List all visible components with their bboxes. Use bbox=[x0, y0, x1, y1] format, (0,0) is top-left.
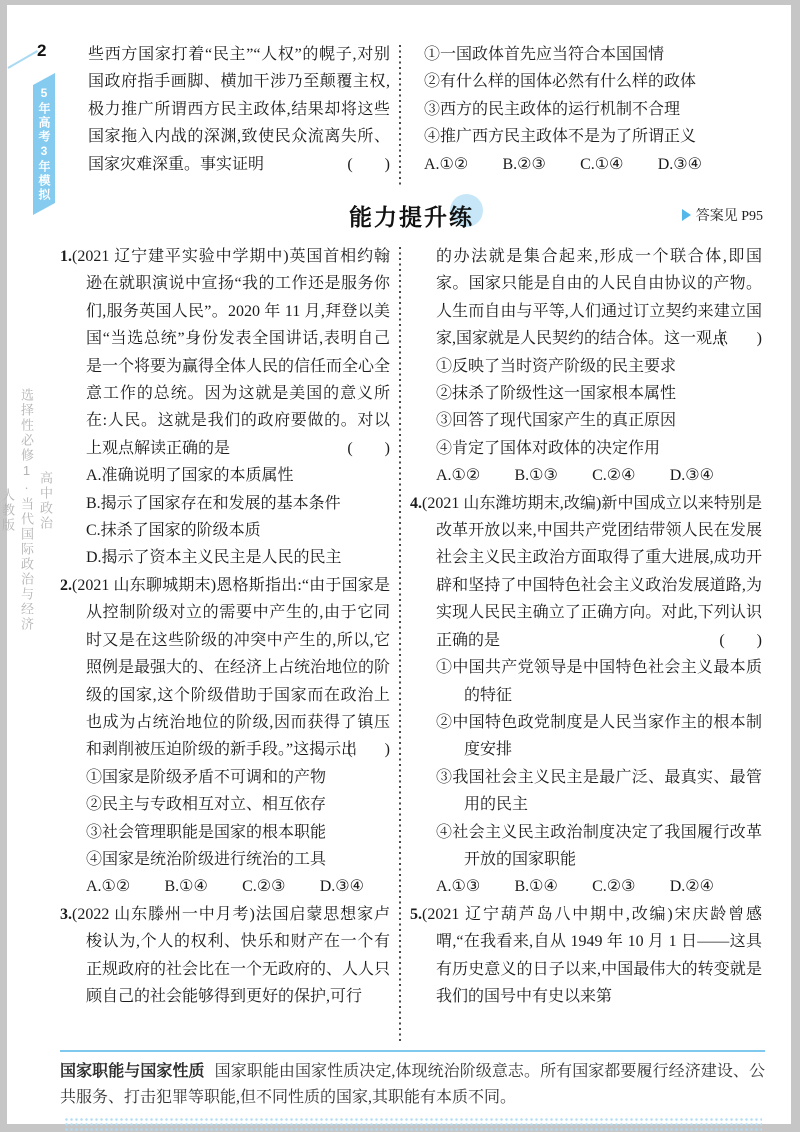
footer-term-label: 国家职能与国家性质 bbox=[60, 1063, 205, 1080]
questions-right-column: 的办法就是集合起来,形成一个联合体,即国家。国家只能是自由的人民自由协议的产物。… bbox=[410, 243, 762, 1049]
item-option: ④肯定了国体对政体的决定作用 bbox=[436, 435, 762, 462]
question-number: 3. bbox=[60, 906, 72, 923]
item-option: ④社会主义民主政治制度决定了我国履行改革开放的国家职能 bbox=[436, 819, 762, 874]
question-4: 4.(2021 山东潍坊期末,改编)新中国成立以来特别是改革开放以来,中国共产党… bbox=[410, 490, 762, 901]
questions-left-column: 1.(2021 辽宁建平实验中学期中)英国首相约翰逊在就职演说中宣扬“我的工作还… bbox=[60, 243, 390, 1049]
sidebar-edition-label: 人教版 bbox=[0, 488, 17, 533]
question-stem: 2.(2021 山东聊城期末)恩格斯指出:“由于国家是从控制阶级对立的需要中产生… bbox=[86, 572, 390, 764]
item-option: ②有什么样的国体必然有什么样的政体 bbox=[424, 68, 762, 95]
answer-option: A.①② bbox=[86, 873, 130, 900]
question-text: 的办法就是集合起来,形成一个联合体,即国家。国家只能是自由的人民自由协议的产物。… bbox=[436, 248, 762, 347]
question-stem: 3.(2022 山东滕州一中月考)法国启蒙思想家卢梭认为,个人的权利、快乐和财产… bbox=[86, 901, 390, 1011]
answer-bracket: ( ) bbox=[373, 736, 390, 763]
carryover-left-column: 些西方国家打着“民主”“人权”的幌子,对别国政府指手画脚、横加干涉乃至颠覆主权,… bbox=[60, 41, 390, 178]
question-3-continuation: 的办法就是集合起来,形成一个联合体,即国家。国家只能是自由的人民自由协议的产物。… bbox=[410, 243, 762, 490]
column-divider-main bbox=[399, 247, 401, 1043]
item-option: ②抹杀了阶级性这一国家根本属性 bbox=[436, 380, 762, 407]
dotted-separator-band bbox=[64, 1117, 762, 1132]
question-2: 2.(2021 山东聊城期末)恩格斯指出:“由于国家是从控制阶级对立的需要中产生… bbox=[60, 572, 390, 901]
section-title-text: 能力提升练 bbox=[349, 204, 474, 230]
carryover-right-column: ①一国政体首先应当符合本国国情 ②有什么样的国体必然有什么样的政体 ③西方的民主… bbox=[410, 41, 762, 178]
question-number: 5. bbox=[410, 906, 422, 923]
question-3: 3.(2022 山东滕州一中月考)法国启蒙思想家卢梭认为,个人的权利、快乐和财产… bbox=[60, 901, 390, 1011]
answers-row: A.①② B.①③ C.②④ D.③④ bbox=[436, 462, 714, 489]
choice-c: C.抹杀了国家的阶级本质 bbox=[86, 517, 390, 544]
question-text: (2021 山东潍坊期末,改编)新中国成立以来特别是改革开放以来,中国共产党团结… bbox=[422, 495, 762, 649]
item-option: ④推广西方民主政体不是为了所谓正义 bbox=[424, 123, 762, 150]
sidebar-meta: 高中政治 选择性必修1·当代国际政治与经济 人教版 bbox=[33, 221, 55, 781]
question-stem-continuation: 的办法就是集合起来,形成一个联合体,即国家。国家只能是自由的人民自由协议的产物。… bbox=[436, 243, 762, 353]
answer-option: C.①④ bbox=[580, 151, 623, 178]
carryover-stem: 些西方国家打着“民主”“人权”的幌子,对别国政府指手画脚、横加干涉乃至颠覆主权,… bbox=[88, 41, 390, 178]
answers-row: A.①② B.①④ C.②③ D.③④ bbox=[86, 873, 364, 900]
question-text: (2021 辽宁葫芦岛八中期中,改编)宋庆龄曾感喟,“在我看来,自从 1949 … bbox=[422, 906, 762, 1005]
book-page: 2 5年高考3年模拟 高中政治 选择性必修1·当代国际政治与经济 人教版 些西方… bbox=[7, 5, 791, 1124]
answer-option: D.②④ bbox=[670, 873, 714, 900]
question-text: (2021 山东聊城期末)恩格斯指出:“由于国家是从控制阶级对立的需要中产生的,… bbox=[72, 577, 390, 758]
question-stem: 1.(2021 辽宁建平实验中学期中)英国首相约翰逊在就职演说中宣扬“我的工作还… bbox=[86, 243, 390, 462]
footer-divider-line bbox=[60, 1050, 765, 1052]
diagonal-accent-line bbox=[8, 50, 38, 69]
sidebar-volume-label: 选择性必修1·当代国际政治与经济 bbox=[17, 388, 36, 632]
footer-text: 国家职能与国家性质国家职能由国家性质决定,体现统治阶级意志。所有国家都要履行经济… bbox=[60, 1059, 765, 1111]
sidebar-course-label: 高中政治 bbox=[36, 471, 55, 531]
question-text: (2021 辽宁建平实验中学期中)英国首相约翰逊在就职演说中宣扬“我的工作还是服… bbox=[72, 248, 390, 457]
choice-d: D.揭示了资本主义民主是人民的民主 bbox=[86, 544, 390, 571]
question-stem: 4.(2021 山东潍坊期末,改编)新中国成立以来特别是改革开放以来,中国共产党… bbox=[436, 490, 762, 654]
answer-option: D.③④ bbox=[320, 873, 364, 900]
choice-a: A.准确说明了国家的本质属性 bbox=[86, 462, 390, 489]
page-number: 2 bbox=[37, 41, 46, 61]
answers-row: A.①② B.②③ C.①④ D.③④ bbox=[424, 151, 702, 178]
item-option: ③我国社会主义民主是最广泛、最真实、最管用的民主 bbox=[436, 764, 762, 819]
answer-bracket: ( ) bbox=[373, 435, 390, 462]
footer-note: 国家职能与国家性质国家职能由国家性质决定,体现统治阶级意志。所有国家都要履行经济… bbox=[60, 1050, 765, 1132]
answer-option: A.①② bbox=[424, 151, 468, 178]
answer-reference: 答案见 P95 bbox=[682, 205, 763, 225]
answers-row: A.①③ B.①④ C.②③ D.②④ bbox=[436, 873, 714, 900]
item-option: ①国家是阶级矛盾不可调和的产物 bbox=[86, 764, 390, 791]
item-option: ①一国政体首先应当符合本国国情 bbox=[424, 41, 762, 68]
column-divider-top bbox=[399, 45, 401, 187]
carryover-text: 些西方国家打着“民主”“人权”的幌子,对别国政府指手画脚、横加干涉乃至颠覆主权,… bbox=[88, 46, 390, 173]
answer-option: D.③④ bbox=[658, 151, 702, 178]
answer-option: B.①③ bbox=[515, 462, 558, 489]
answer-option: C.②③ bbox=[592, 873, 635, 900]
answer-option: C.②④ bbox=[592, 462, 635, 489]
question-1: 1.(2021 辽宁建平实验中学期中)英国首相约翰逊在就职演说中宣扬“我的工作还… bbox=[60, 243, 390, 572]
answer-option: D.③④ bbox=[670, 462, 714, 489]
item-option: ③西方的民主政体的运行机制不合理 bbox=[424, 96, 762, 123]
question-number: 1. bbox=[60, 248, 72, 265]
answer-option: B.②③ bbox=[503, 151, 546, 178]
section-header: 能力提升练 bbox=[60, 193, 763, 235]
section-title: 能力提升练 bbox=[349, 193, 474, 232]
answer-option: A.①③ bbox=[436, 873, 480, 900]
chevron-right-icon bbox=[682, 209, 691, 221]
answer-option: B.①④ bbox=[515, 873, 558, 900]
item-option: ③社会管理职能是国家的根本职能 bbox=[86, 819, 390, 846]
item-option: ①中国共产党领导是中国特色社会主义最本质的特征 bbox=[436, 654, 762, 709]
item-option: ①反映了当时资产阶级的民主要求 bbox=[436, 353, 762, 380]
question-stem: 5.(2021 辽宁葫芦岛八中期中,改编)宋庆龄曾感喟,“在我看来,自从 194… bbox=[436, 901, 762, 1011]
question-number: 2. bbox=[60, 577, 72, 594]
item-option: ②民主与专政相互对立、相互依存 bbox=[86, 791, 390, 818]
item-option: ②中国特色政党制度是人民当家作主的根本制度安排 bbox=[436, 709, 762, 764]
answer-option: C.②③ bbox=[242, 873, 285, 900]
answer-reference-text: 答案见 P95 bbox=[696, 205, 763, 225]
series-banner-label: 5年高考3年模拟 bbox=[33, 86, 55, 202]
choice-b: B.揭示了国家存在和发展的基本条件 bbox=[86, 490, 390, 517]
series-banner: 5年高考3年模拟 bbox=[33, 73, 55, 215]
question-text: (2022 山东滕州一中月考)法国启蒙思想家卢梭认为,个人的权利、快乐和财产在一… bbox=[72, 906, 390, 1005]
answer-option: A.①② bbox=[436, 462, 480, 489]
question-number: 4. bbox=[410, 495, 422, 512]
answer-bracket: ( ) bbox=[745, 627, 762, 654]
item-option: ④国家是统治阶级进行统治的工具 bbox=[86, 846, 390, 873]
question-5: 5.(2021 辽宁葫芦岛八中期中,改编)宋庆龄曾感喟,“在我看来,自从 194… bbox=[410, 901, 762, 1011]
answer-option: B.①④ bbox=[165, 873, 208, 900]
answer-bracket: ( ) bbox=[719, 325, 762, 352]
item-option: ③回答了现代国家产生的真正原因 bbox=[436, 407, 762, 434]
answer-bracket: ( ) bbox=[347, 151, 390, 178]
